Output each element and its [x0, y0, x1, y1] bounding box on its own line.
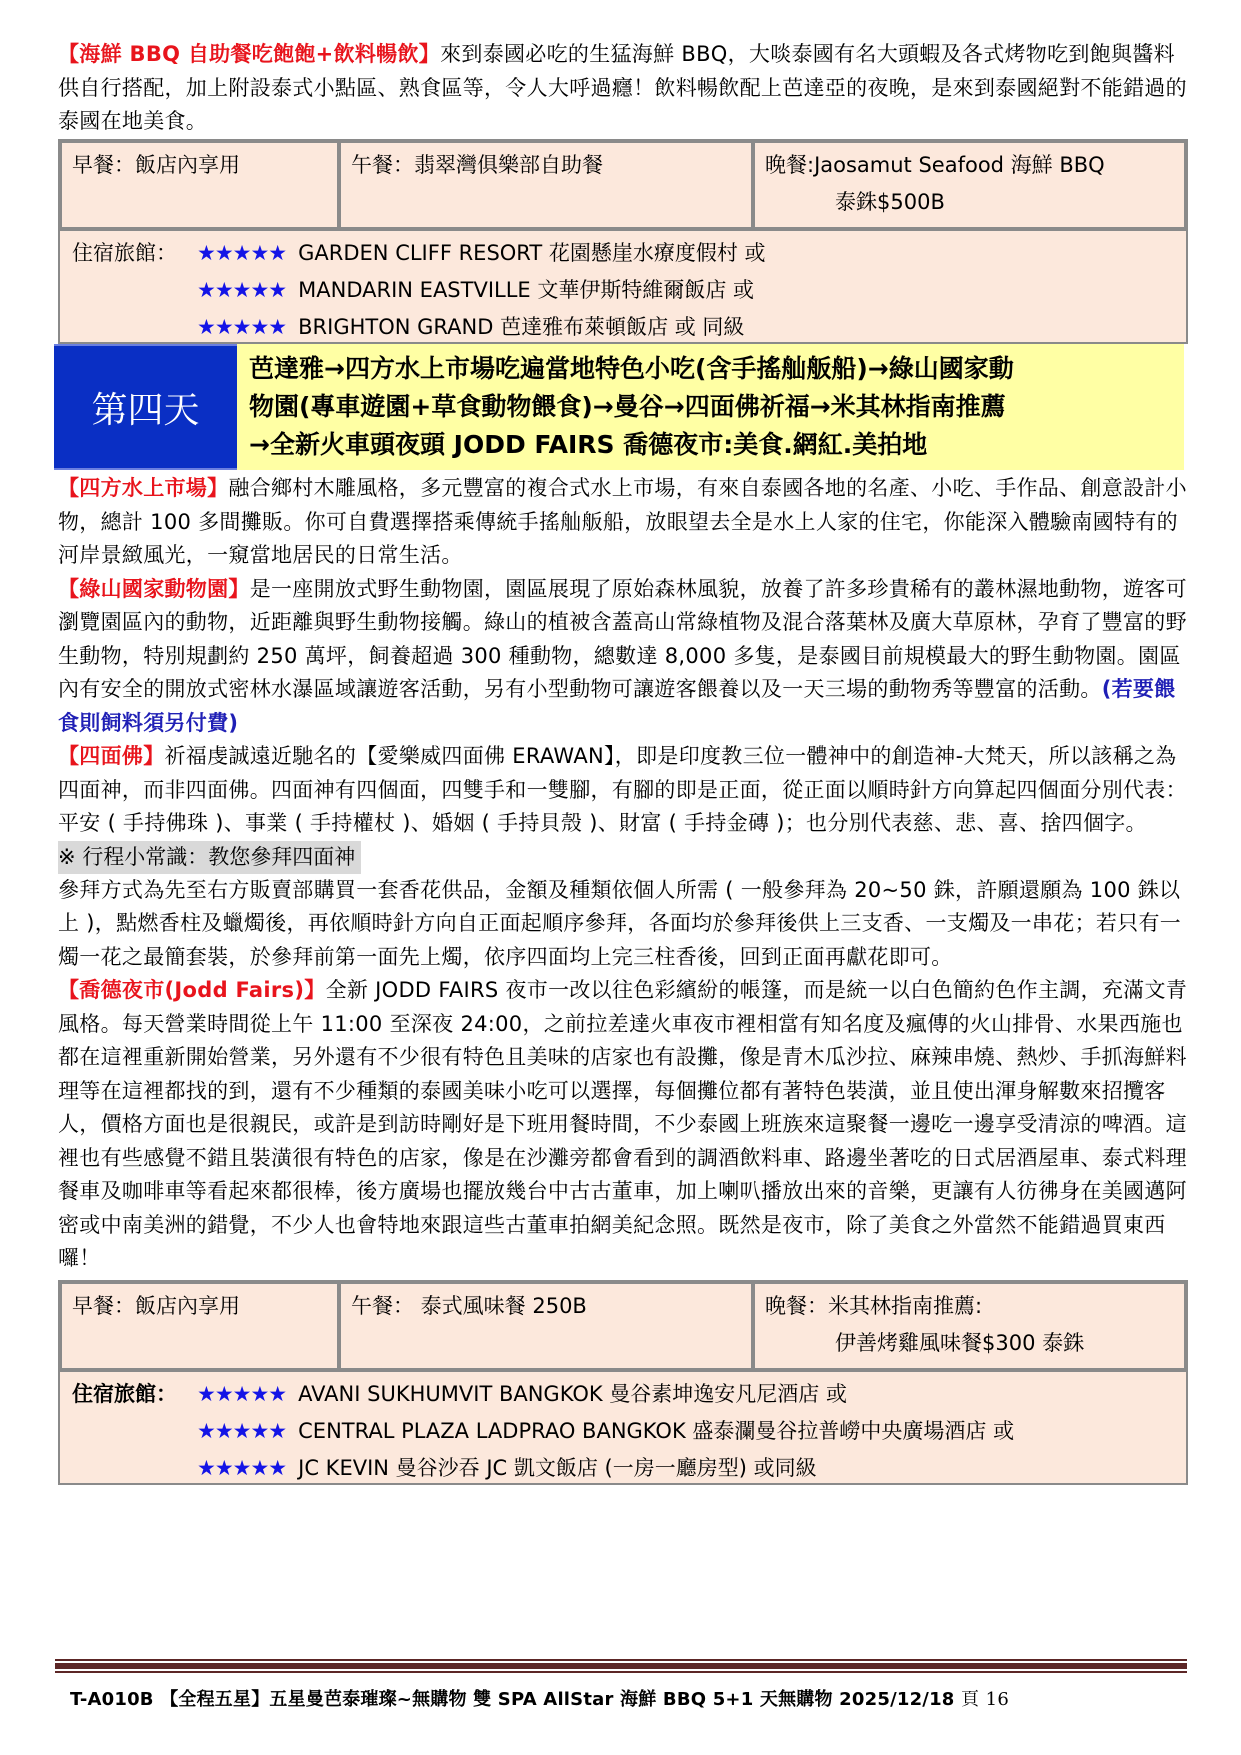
tip-title: ※ 行程小常識：教您參拜四面神 [58, 841, 361, 874]
tip-box: ※ 行程小常識：教您參拜四面神 [58, 841, 1188, 874]
bbq-section: 【海鮮 BBQ 自助餐吃飽飽+飲料暢飲】來到泰國必吃的生猛海鮮 BBQ，大啖泰國… [58, 38, 1188, 139]
hotel-row: ★★★★★ MANDARIN EASTVILLE 文華伊斯特維爾飯店 或 [72, 272, 1174, 309]
day3-lunch: 午餐：翡翠灣俱樂部自助餐 [339, 141, 753, 229]
tip-body: 參拜方式為先至右方販賣部購買一套香花供品，金額及種類依個人所需 ( 一般參拜為 … [58, 874, 1188, 975]
day3-hotel-box: 住宿旅館： ★★★★★ GARDEN CLIFF RESORT 花園懸崖水療度假… [58, 231, 1188, 344]
day3-meal-table: 早餐：飯店內享用 午餐：翡翠灣俱樂部自助餐 晚餐:Jaosamut Seafoo… [58, 139, 1188, 231]
day3-dinner: 晚餐:Jaosamut Seafood 海鮮 BBQ 泰銖$500B [753, 141, 1186, 229]
section-body: 融合鄉村木雕風格，多元豐富的複合式水上市場，有來自泰國各地的名產、小吃、手作品、… [58, 476, 1187, 567]
hotel-row: 住宿旅館： ★★★★★ GARDEN CLIFF RESORT 花園懸崖水療度假… [72, 235, 1174, 272]
footer-divider [55, 1659, 1187, 1673]
section-body: 祈福虔誠遠近馳名的【愛樂威四面佛 ERAWAN】，即是印度教三位一體神中的創造神… [58, 744, 1187, 835]
footer-doc-title: T-A010B 【全程五星】五星曼芭泰璀璨~無購物 雙 SPA AllStar … [70, 1689, 955, 1710]
hotel-name: BRIGHTON GRAND 芭達雅布萊頓飯店 或 同級 [298, 309, 744, 346]
day4-header: 第四天 芭達雅→四方水上市場吃遍當地特色小吃(含手搖舢舨船)→綠山國家動 物園(… [54, 344, 1184, 470]
footer-page-number: 16 [986, 1689, 1009, 1710]
day-badge: 第四天 [54, 344, 237, 470]
five-star-icon: ★★★★★ [197, 1376, 286, 1413]
section-erawan: 【四面佛】祈福虔誠遠近馳名的【愛樂威四面佛 ERAWAN】，即是印度教三位一體神… [58, 740, 1188, 841]
day4-hotel-box: 住宿旅館： ★★★★★ AVANI SUKHUMVIT BANGKOK 曼谷素坤… [58, 1372, 1188, 1485]
section-zoo: 【綠山國家動物園】是一座開放式野生動物園，園區展現了原始森林風貌，放養了許多珍貴… [58, 573, 1188, 741]
section-floating-market: 【四方水上市場】融合鄉村木雕風格，多元豐富的複合式水上市場，有來自泰國各地的名產… [58, 472, 1188, 573]
hotel-row: ★★★★★ BRIGHTON GRAND 芭達雅布萊頓飯店 或 同級 [72, 309, 1174, 346]
day3-breakfast: 早餐：飯店內享用 [60, 141, 339, 229]
section-body: 全新 JODD FAIRS 夜市一改以往色彩繽紛的帳篷，而是統一以白色簡約色作主… [58, 978, 1187, 1270]
day4-lunch: 午餐： 泰式風味餐 250B [339, 1282, 753, 1370]
bbq-section-title: 【海鮮 BBQ 自助餐吃飽飽+飲料暢飲】 [58, 42, 440, 66]
hotel-name: CENTRAL PLAZA LADPRAO BANGKOK 盛泰瀾曼谷拉普嶗中央… [298, 1413, 1014, 1450]
hotel-row: 住宿旅館： ★★★★★ AVANI SUKHUMVIT BANGKOK 曼谷素坤… [72, 1376, 1174, 1413]
day4-meal-table: 早餐：飯店內享用 午餐： 泰式風味餐 250B 晚餐：米其林指南推薦: 伊善烤雞… [58, 1280, 1188, 1372]
day4-breakfast: 早餐：飯店內享用 [60, 1282, 339, 1370]
hotel-name: JC KEVIN 曼谷沙吞 JC 凱文飯店 (一房一廳房型) 或同級 [298, 1450, 816, 1487]
hotel-row: ★★★★★ JC KEVIN 曼谷沙吞 JC 凱文飯店 (一房一廳房型) 或同級 [72, 1450, 1174, 1487]
hotel-label: 住宿旅館： [72, 235, 197, 272]
section-title: 【四面佛】 [58, 744, 165, 768]
itinerary-page: 【海鮮 BBQ 自助餐吃飽飽+飲料暢飲】來到泰國必吃的生猛海鮮 BBQ，大啖泰國… [58, 38, 1188, 1485]
five-star-icon: ★★★★★ [197, 235, 286, 272]
five-star-icon: ★★★★★ [197, 1413, 286, 1450]
day4-dinner: 晚餐：米其林指南推薦: 伊善烤雞風味餐$300 泰銖 [753, 1282, 1186, 1370]
five-star-icon: ★★★★★ [197, 1450, 286, 1487]
section-title: 【喬德夜市(Jodd Fairs)】 [58, 978, 326, 1002]
hotel-name: GARDEN CLIFF RESORT 花園懸崖水療度假村 或 [298, 235, 765, 272]
hotel-name: MANDARIN EASTVILLE 文華伊斯特維爾飯店 或 [298, 272, 754, 309]
five-star-icon: ★★★★★ [197, 272, 286, 309]
footer-page-label: 頁 [961, 1689, 979, 1710]
hotel-label: 住宿旅館： [72, 1376, 197, 1413]
day-route: 芭達雅→四方水上市場吃遍當地特色小吃(含手搖舢舨船)→綠山國家動 物園(專車遊園… [237, 344, 1184, 470]
section-title: 【綠山國家動物園】 [58, 577, 250, 601]
five-star-icon: ★★★★★ [197, 309, 286, 346]
hotel-name: AVANI SUKHUMVIT BANGKOK 曼谷素坤逸安凡尼酒店 或 [298, 1376, 847, 1413]
section-title: 【四方水上市場】 [58, 476, 228, 500]
section-jodd-fairs: 【喬德夜市(Jodd Fairs)】全新 JODD FAIRS 夜市一改以往色彩… [58, 974, 1188, 1276]
hotel-row: ★★★★★ CENTRAL PLAZA LADPRAO BANGKOK 盛泰瀾曼… [72, 1413, 1174, 1450]
page-footer: T-A010B 【全程五星】五星曼芭泰璀璨~無購物 雙 SPA AllStar … [70, 1685, 1009, 1711]
